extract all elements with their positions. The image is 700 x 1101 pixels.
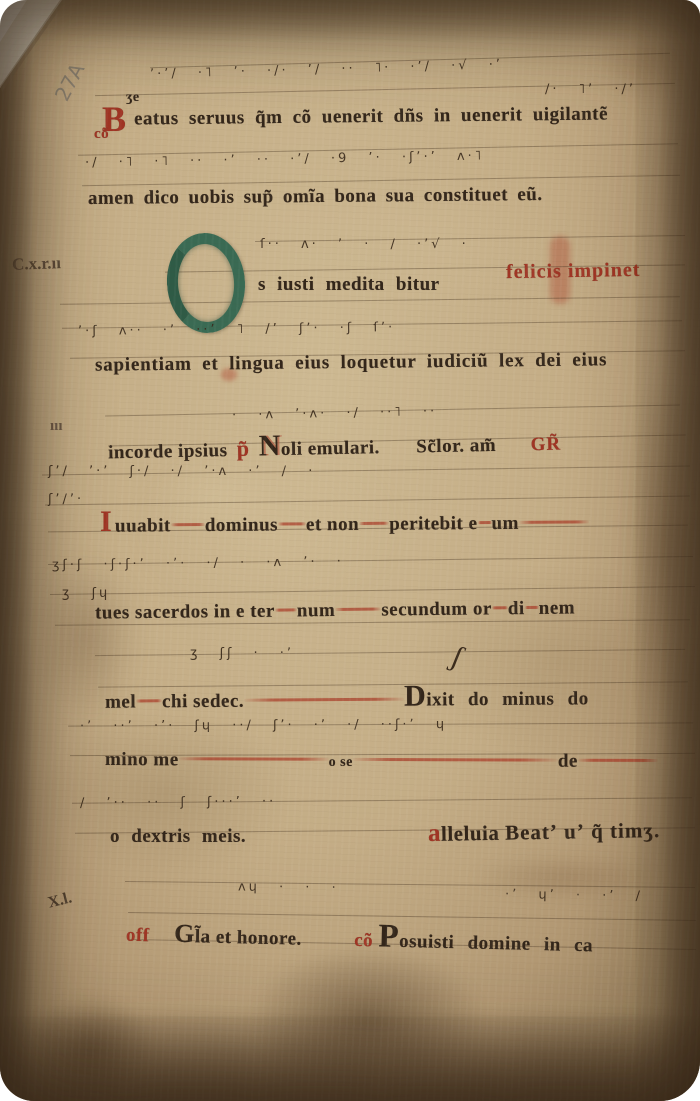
incipit-cue: Beatʼ uʼ q̃ timʒ. — [505, 818, 661, 845]
chant-text-line: off Gl̃a et honore. cõ Posuisti domine i… — [126, 913, 594, 961]
red-extender — [578, 759, 658, 762]
chant-text: mel — [105, 691, 136, 712]
neume-row: ſ·· ʌ· ʼ · ∕ ·ʼ√ · — [260, 237, 469, 252]
initial-D: D — [404, 679, 426, 712]
red-extender — [179, 757, 329, 761]
chant-text-line: melchi sedec.Dixit do minus do — [105, 678, 589, 715]
chant-text: incorde ipsius — [108, 440, 228, 463]
ruling-line — [60, 296, 680, 305]
neume-row: ʒʃ·ʃ ·ʃ·ʃ·ʼ ·ʼ· ·∕ · ·ʌ ʼ· · — [52, 554, 344, 573]
chant-text: sapientiam et lingua eius loquetur iudic… — [95, 349, 607, 376]
euouae-cue: Sc̃lor. am̃ — [416, 435, 496, 458]
red-extender — [171, 523, 205, 526]
neume-row: ʒ ʃʃ · ·ʼ — [190, 646, 294, 661]
chant-text: di — [508, 598, 525, 619]
rubric-gradual: GR̃ — [530, 434, 561, 456]
initial-a: a — [428, 820, 441, 847]
stain — [628, 355, 700, 735]
chant-text: osuisti domine in ca — [399, 931, 593, 956]
chant-text: ixit do minus do — [426, 688, 589, 710]
margin-signature: C.x.r.ıı — [12, 253, 62, 275]
chant-text: num — [297, 600, 336, 621]
incipit-cue: ʒe — [126, 90, 140, 106]
margin-bottom-mark: X.l. — [46, 889, 74, 912]
initial-O — [164, 230, 249, 335]
chant-text: dominus — [205, 515, 278, 537]
ruling-line — [95, 649, 685, 656]
neume-row: ʒ ʃɥ — [62, 586, 110, 601]
chant-text-line: incorde ipsius p̃ Noli emulari. Sc̃lor. … — [108, 424, 562, 467]
ruling-line — [50, 586, 695, 595]
chant-text: um — [491, 513, 519, 534]
stain — [0, 0, 700, 42]
neume-row: ʌɥ · · · — [238, 879, 339, 895]
chant-text: l̃a et honore. — [195, 926, 302, 949]
folded-corner — [0, 0, 110, 130]
red-extender — [492, 606, 508, 609]
rubric-communion: cõ — [354, 930, 373, 951]
manuscript-page: 27A C.x.r.ıı ʼ·ʼ∕ ·˥ ʼ· ·∕· ʼ∕ ·· ˥· ·ʼ∕… — [0, 0, 700, 1101]
red-extender — [244, 698, 404, 702]
red-extender — [275, 608, 297, 611]
rubric-co: cõ — [94, 126, 109, 143]
initial-N: N — [258, 429, 281, 462]
neume-row: ʃʼ∕ ʼ·ʼ ʃ·∕ ·∕ ʼ·ʌ ·ʼ ∕ · — [48, 464, 315, 479]
stain — [0, 1005, 700, 1101]
alleluia-cue-line: alleluia Beatʼ uʼ q̃ timʒ. — [428, 816, 661, 848]
ruling-line — [125, 881, 695, 888]
red-extender — [477, 521, 491, 524]
neume-row: ʼ·ʃ ʌ·· ·ʼ ··ʼ ˥ ∕ʼ ʃʼ· ·ʃ ſʼ· — [78, 320, 395, 339]
chant-text: et non — [306, 514, 359, 535]
red-extender — [519, 520, 589, 523]
added-rubric: felicis impinet — [506, 259, 641, 284]
neume-row: ·ʼ ··ʼ ·ʼ· ʃɥ ··∕ ʃʼ· ·ʼ ·∕ ··ʃ·ʼ ɥ — [80, 717, 447, 734]
chant-text: o se — [329, 755, 353, 770]
fold-shade — [0, 0, 110, 130]
stain — [25, 995, 155, 1100]
ruling-line — [45, 495, 690, 505]
fold-highlight — [0, 0, 110, 130]
red-extender — [136, 699, 162, 702]
chant-text-line: mino meo sede — [105, 749, 658, 773]
neume-row: ·∕ ·˥ ·˥ ·· ·ʼ ·· ·ʼ∕ ·9 ʼ· ·ʃʼ·ʼ ʌ·˥ — [85, 149, 484, 171]
neume-row: ∕ ʼ·· ·· ʃ ʃ···ʼ ·· — [80, 794, 276, 811]
rubric-offertory: off — [126, 925, 150, 947]
stain — [0, 0, 34, 1101]
margin-section: ııı — [50, 418, 63, 435]
red-extender — [353, 758, 558, 762]
chant-text: oli emulari. — [281, 437, 380, 460]
chant-text: secundum or — [381, 598, 492, 620]
psalm-mark: p̃ — [233, 436, 254, 461]
neume-row: ʼ·ʼ∕ ·˥ ʼ· ·∕· ʼ∕ ·· ˥· ·ʼ∕ ·√ ·ʼ — [150, 57, 503, 82]
chant-text: o dextris meis. — [110, 826, 246, 848]
fold-crease — [0, 0, 110, 130]
chant-text: mino me — [105, 749, 179, 770]
chant-text: uuabit — [115, 515, 171, 536]
initial-I: I — [100, 505, 112, 539]
neume-row: ∕· ˥ʼ ·∕ʼ — [545, 82, 636, 97]
chant-text: amen dico uobis sup̃ omĩa bona sua const… — [88, 184, 543, 210]
chant-text: s iusti medita bitur — [258, 274, 440, 296]
folio-annotation: 27A — [50, 59, 90, 105]
chant-text: de — [558, 751, 578, 772]
chant-text: chi sedec. — [162, 691, 244, 713]
chant-text: peritebit e — [389, 513, 477, 535]
red-extender — [335, 608, 381, 611]
red-extender — [359, 522, 389, 525]
red-extender — [278, 522, 306, 525]
chant-text: tues sacerdos in e ter — [95, 601, 275, 624]
red-extender — [525, 606, 539, 609]
initial-flourish: ʃ — [446, 639, 468, 674]
initial-G: G — [174, 919, 195, 948]
neume-row: ʃʼ∕ʼ· — [48, 492, 84, 507]
chant-text: nem — [539, 597, 576, 618]
neume-row: ·ʼ ɥʼ · ·ʼ ∕ — [505, 887, 643, 904]
chant-text-line: uuabitdominuset nonperitebit eum — [115, 512, 589, 537]
chant-text: eatus seruus q̃m cõ uenerit dñs in uener… — [134, 104, 608, 131]
stain — [658, 0, 700, 1101]
initial-P: P — [378, 918, 399, 954]
chant-text: lleluia — [441, 821, 500, 846]
neume-row: · ·ʌ ʼ·ʌ· ·∕ ··˥ ·· — [232, 404, 437, 423]
stain — [250, 945, 485, 1095]
